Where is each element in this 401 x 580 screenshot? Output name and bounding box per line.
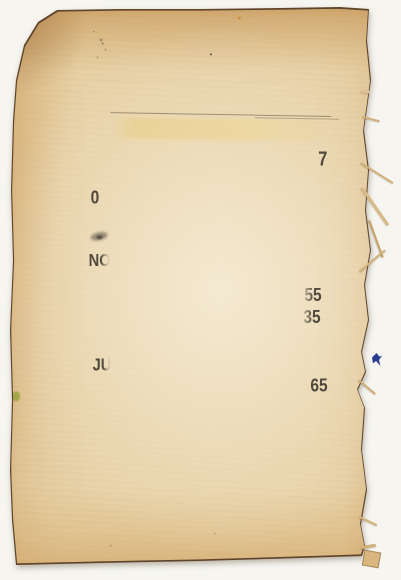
speck xyxy=(210,53,212,55)
speck xyxy=(214,533,216,535)
speck xyxy=(110,544,112,546)
paper-surface: 7 0 NO 55 35 JU 65 xyxy=(1,2,400,579)
scratch-line xyxy=(111,112,332,117)
fragment-65: 65 xyxy=(310,376,327,395)
ink-smudge-core xyxy=(97,235,103,239)
fragment-55: 55 xyxy=(304,286,321,305)
speck xyxy=(105,48,107,50)
fragment-7: 7 xyxy=(318,150,327,170)
paper-sheet: 7 0 NO 55 35 JU 65 xyxy=(0,0,401,580)
speck xyxy=(102,42,104,44)
fragment-ju: JU xyxy=(93,356,112,374)
fragment-0: 0 xyxy=(91,189,100,208)
fragment-35: 35 xyxy=(303,308,320,327)
corner-flap xyxy=(362,550,382,569)
fragment-no: NO xyxy=(89,251,111,269)
speck xyxy=(97,56,99,58)
scanner-background: 7 0 NO 55 35 JU 65 xyxy=(0,0,401,580)
speck xyxy=(93,31,95,33)
stain-band xyxy=(112,118,323,142)
speck xyxy=(100,39,103,42)
amber-speck xyxy=(238,17,241,20)
green-paint-mark xyxy=(12,391,20,401)
